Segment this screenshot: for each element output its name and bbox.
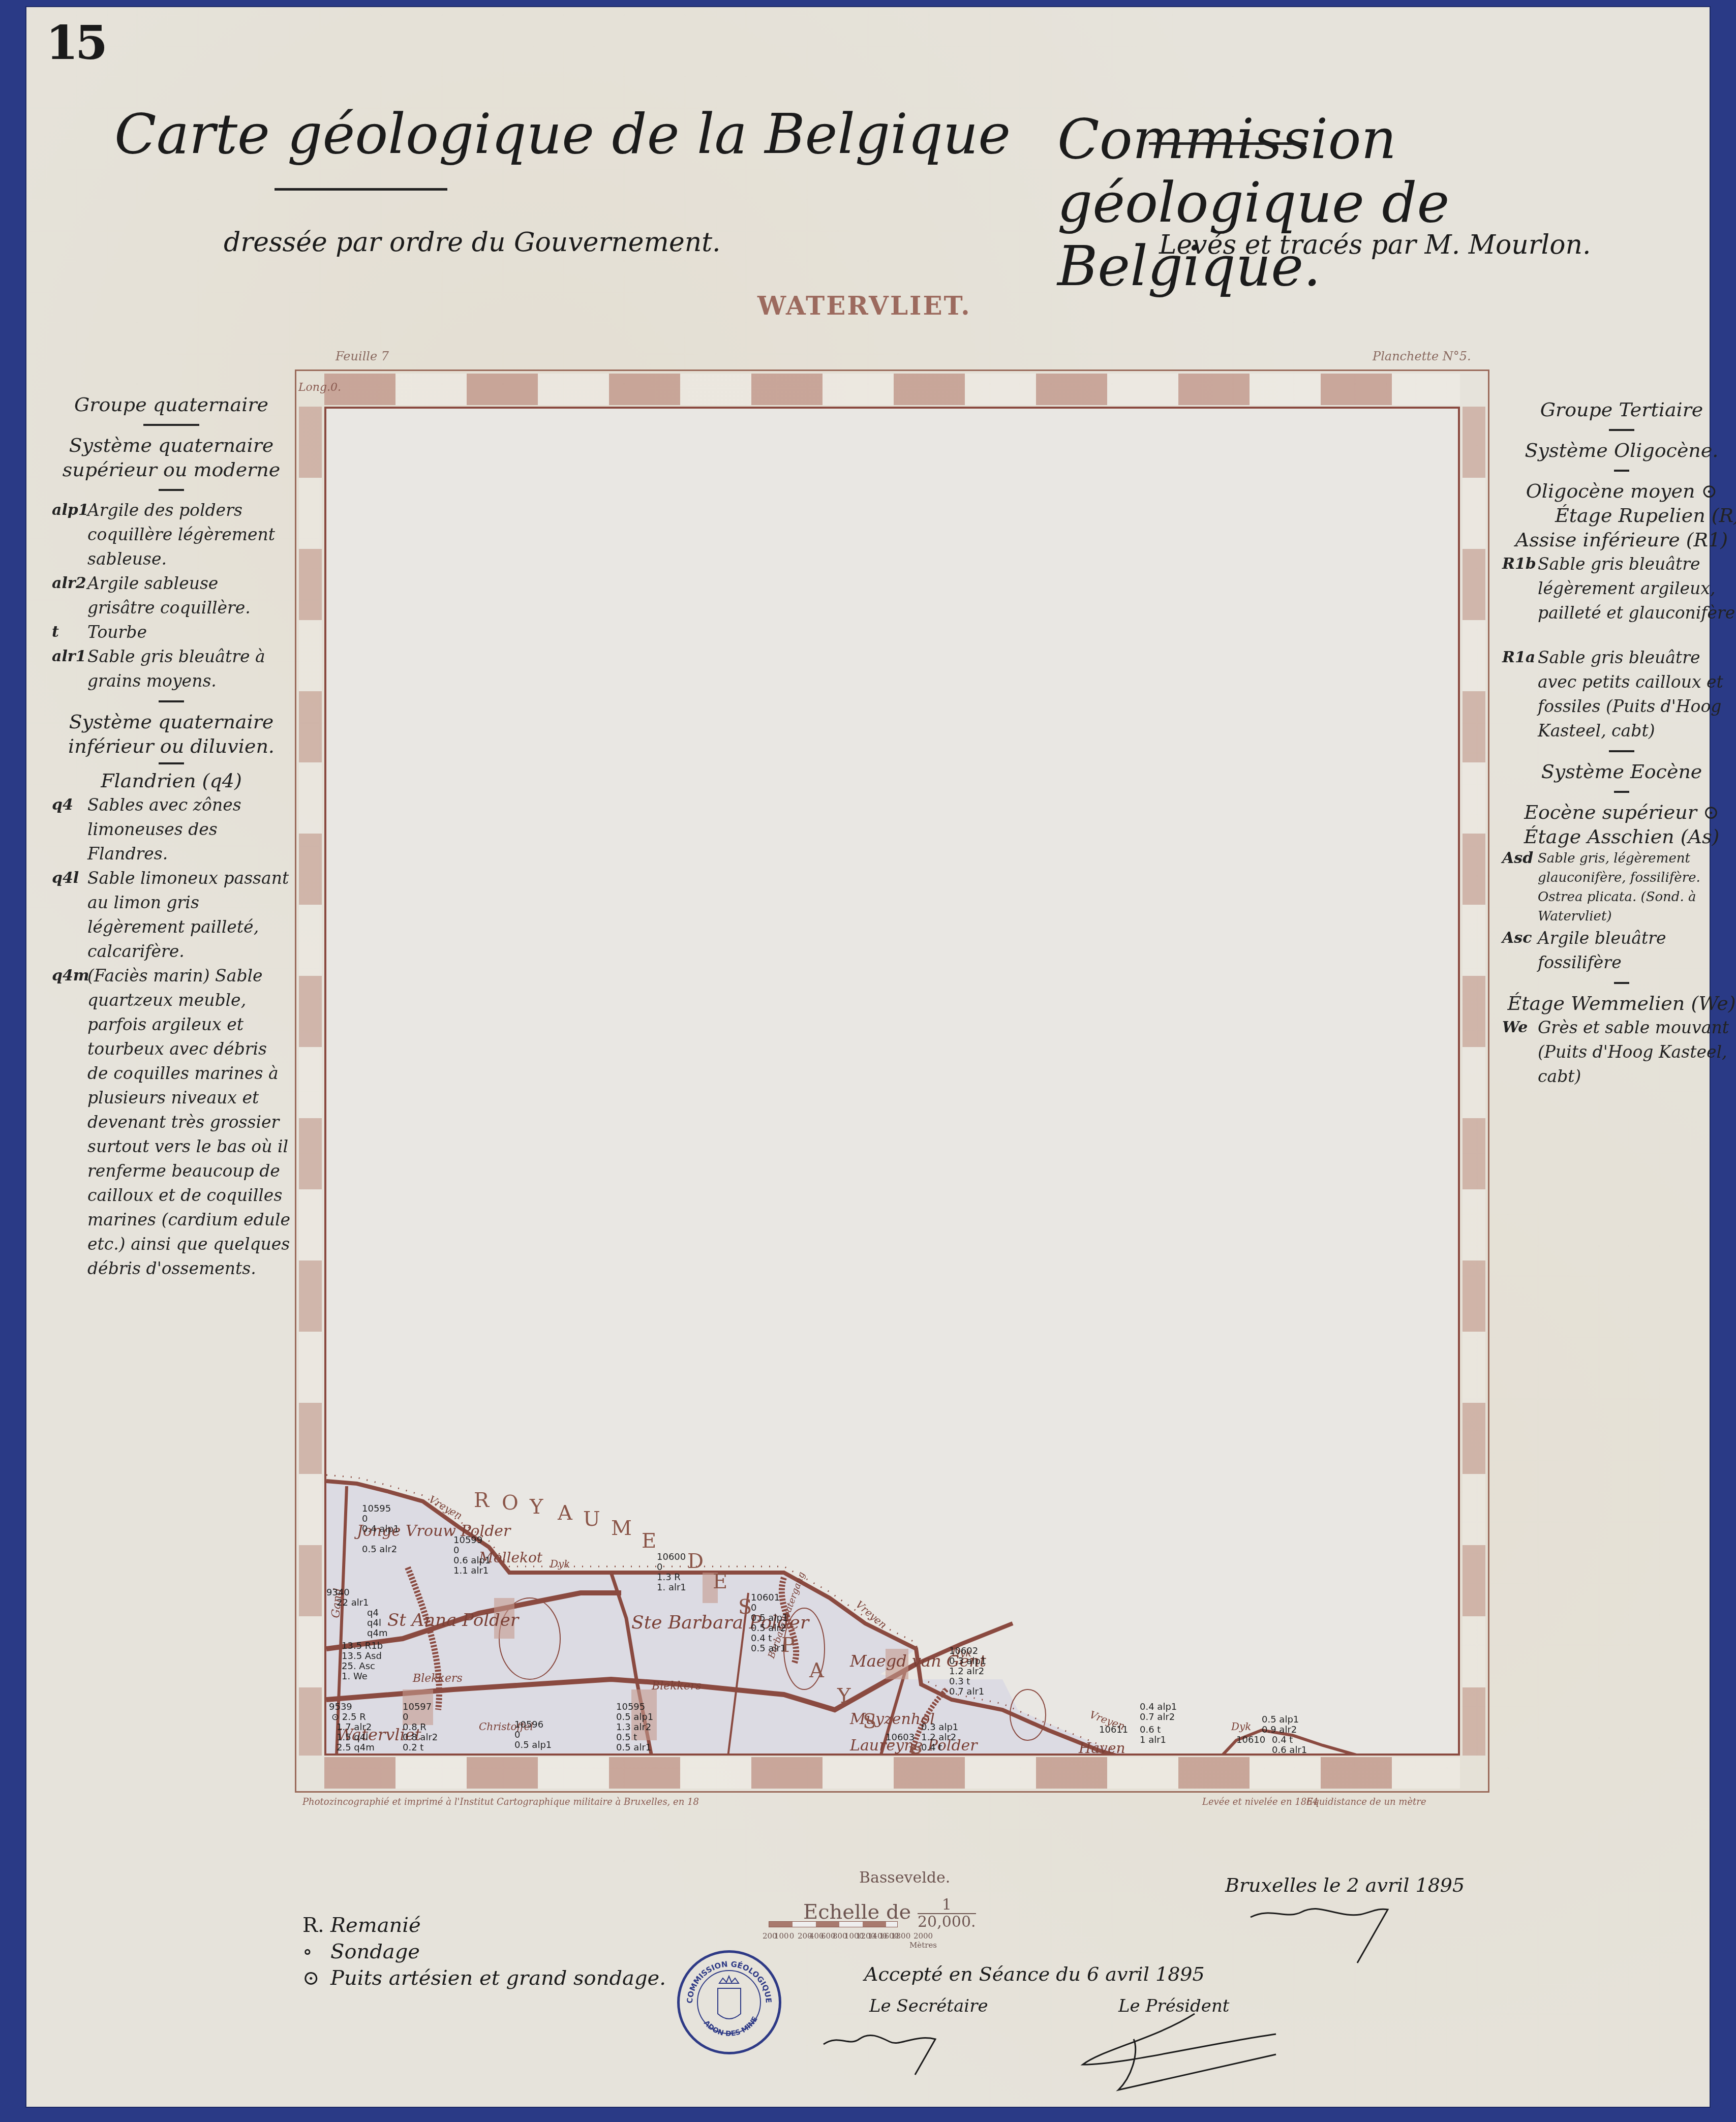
adjacent-sheet-bassevelde: Bassevelde. [859, 1869, 950, 1887]
svg-text:Dyk: Dyk [1231, 1720, 1251, 1733]
svg-text:0.5 alp1: 0.5 alp1 [514, 1740, 552, 1750]
survey-note: Levée et nivelée en 1864 [1202, 1797, 1318, 1807]
svg-text:1. We: 1. We [342, 1671, 368, 1682]
svg-text:0.5 alp1: 0.5 alp1 [1262, 1714, 1299, 1725]
legend-group-tertiaire: Groupe Tertiaire [1502, 397, 1736, 422]
legend-entry: alr1Sable gris bleuâtre à grains moyens. [52, 644, 291, 693]
legend-stage-asschien: Étage Asschien (As) [1502, 824, 1736, 849]
legend-divider [143, 424, 199, 426]
svg-text:25. Asc: 25. Asc [342, 1661, 375, 1672]
svg-text:0: 0 [362, 1514, 368, 1524]
legend-system-superieur: Système quaternaire supérieur ou moderne [52, 433, 291, 482]
svg-text:0.5 alp1: 0.5 alp1 [751, 1613, 788, 1623]
svg-text:1 alr1: 1 alr1 [1140, 1735, 1166, 1745]
legend-stage-rupelien: Étage Rupelien (R) [1502, 503, 1736, 528]
svg-text:0.5 alr2: 0.5 alr2 [751, 1623, 786, 1634]
legend-stage-flandrien: Flandrien (q4) [52, 768, 291, 793]
frame-graduation-bottom [324, 1757, 1460, 1789]
svg-text:1.1 alr1: 1.1 alr1 [453, 1565, 489, 1576]
legend-group-quaternaire: Groupe quaternaire [52, 392, 291, 417]
svg-text:0.8 R: 0.8 R [403, 1722, 427, 1733]
svg-text:9340: 9340 [326, 1587, 350, 1598]
legend-divider [1609, 750, 1634, 752]
map-frame: Long.0. [295, 370, 1489, 1793]
commission-stamp: COMMISSION GÉOLOGIQUE DE BELGIQUE ADON D… [677, 1950, 781, 2054]
accepted-date: Accepté en Séance du 6 avril 1895 [864, 1963, 1205, 1985]
country-label-royaume: R [474, 1489, 489, 1512]
svg-text:10597: 10597 [403, 1702, 432, 1712]
svg-text:Dyk: Dyk [550, 1558, 570, 1570]
president-signature [1073, 2009, 1286, 2095]
legend-entry: tTourbe [52, 620, 291, 644]
legend-entry: WeGrès et sable mouvant (Puits d'Hoog Ka… [1502, 1016, 1736, 1089]
svg-text:0.6 alp1: 0.6 alp1 [453, 1555, 491, 1566]
frame-graduation-right [1463, 407, 1485, 1756]
title-left-underline [275, 188, 447, 191]
svg-text:0.8 alr2: 0.8 alr2 [403, 1732, 438, 1743]
svg-text:10599: 10599 [453, 1535, 482, 1546]
feuille-label: Feuille 7 [336, 349, 389, 363]
svg-text:0.5 alr1: 0.5 alr1 [751, 1643, 786, 1654]
title-commission-geologique: Commission géologique de Belgique. [1057, 108, 1711, 298]
legend-entry: R1bSable gris bleuâtre légèrement argile… [1502, 552, 1736, 625]
svg-text:13.5 R1b: 13.5 R1b [342, 1641, 383, 1651]
svg-text:1.3 R: 1.3 R [657, 1572, 681, 1583]
frame-graduation-left [299, 407, 322, 1756]
equidistance-note: Equidistance de un mètre [1306, 1797, 1426, 1807]
scale-bar [769, 1921, 898, 1927]
right-legend: Groupe Tertiaire Système Oligocène. Olig… [1502, 397, 1736, 1089]
svg-text:1. alr1: 1. alr1 [657, 1582, 686, 1593]
svg-text:COMMISSION GÉOLOGIQUE DE BELGI: COMMISSION GÉOLOGIQUE DE BELGIQUE [680, 1953, 773, 2004]
svg-text:0.7 alr2: 0.7 alr2 [1140, 1712, 1175, 1723]
legend-puits-artesien: ⊙Puits artésien et grand sondage. [302, 1965, 666, 1991]
svg-text:10610: 10610 [1236, 1735, 1265, 1745]
scale-fraction: 1 20,000. [918, 1897, 976, 1930]
title-carte-geologique: Carte géologique de la Belgique [114, 103, 1011, 166]
svg-text:0.5 t: 0.5 t [616, 1732, 637, 1743]
svg-text:10600: 10600 [657, 1552, 686, 1562]
map-drawing: Jonge Vrouw Polder Mollekot St Anna Pold… [326, 409, 1460, 1756]
map-area[interactable]: Jonge Vrouw Polder Mollekot St Anna Pold… [324, 407, 1460, 1756]
svg-text:0.5 alp1: 0.5 alp1 [616, 1712, 653, 1723]
svg-text:0.5 alr1: 0.5 alr1 [616, 1742, 651, 1753]
svg-text:0.3 alp1: 0.3 alp1 [921, 1722, 958, 1733]
svg-text:q4l: q4l [367, 1618, 381, 1628]
legend-stage-wemmelien: Étage Wemmelien (We) [1502, 991, 1736, 1016]
legend-divider [1614, 982, 1629, 984]
svg-text:0.4 alp1: 0.4 alp1 [362, 1524, 399, 1534]
svg-text:10596: 10596 [514, 1719, 543, 1730]
legend-sondage: ∘Sondage [302, 1939, 666, 1965]
svg-text:Blekkers: Blekkers [412, 1672, 463, 1685]
svg-text:10602: 10602 [949, 1646, 978, 1656]
legend-entry: AsdSable gris, légèrement glauconifère, … [1502, 849, 1736, 926]
legend-entry: alp1Argile des polders coquillère légère… [52, 498, 291, 571]
legend-entry: q4m(Faciès marin) Sable quartzeux meuble… [52, 964, 291, 1281]
svg-text:Blekkers: Blekkers [651, 1680, 702, 1693]
svg-text:0.6 alr1: 0.6 alr1 [1272, 1745, 1307, 1756]
svg-text:22 alr1: 22 alr1 [337, 1597, 369, 1608]
svg-text:1.7 alr2: 1.7 alr2 [337, 1722, 372, 1733]
legend-divider [1614, 470, 1629, 472]
svg-text:9539: 9539 [329, 1702, 352, 1712]
symbol-legend: R.Remanié ∘Sondage ⊙Puits artésien et gr… [302, 1912, 666, 1991]
legend-system-eocene: Système Eocène [1502, 759, 1736, 784]
legend-divider [159, 762, 184, 764]
svg-text:q4: q4 [367, 1608, 379, 1618]
svg-text:St Anna Polder: St Anna Polder [387, 1610, 520, 1631]
svg-text:0.4 alp1: 0.4 alp1 [1140, 1702, 1177, 1712]
svg-text:0: 0 [657, 1562, 662, 1573]
stamp-text-ring: COMMISSION GÉOLOGIQUE DE BELGIQUE ADON D… [680, 1953, 779, 2052]
svg-text:0.3 t: 0.3 t [949, 1676, 970, 1687]
legend-divider [1609, 429, 1634, 431]
planchette-label: Planchette N°5. [1373, 349, 1471, 363]
map-sheet: 15 Carte géologique de la Belgique dress… [25, 6, 1711, 2108]
svg-text:0.2 t: 0.2 t [403, 1742, 423, 1753]
svg-text:1.2 alr2: 1.2 alr2 [921, 1732, 956, 1743]
legend-divider [1614, 791, 1629, 793]
svg-text:0: 0 [403, 1712, 408, 1723]
legend-entry: R1aSable gris bleuâtre avec petits caill… [1502, 645, 1736, 743]
svg-text:0: 0 [453, 1545, 459, 1556]
svg-text:0: 0 [514, 1730, 520, 1740]
secretary-signature [818, 2019, 951, 2080]
legend-system-inferieur: Système quaternaire inférieur ou diluvie… [52, 710, 291, 758]
legend-entry: q4Sables avec zônes limoneuses des Fland… [52, 793, 291, 866]
svg-text:13.5 Asd: 13.5 Asd [342, 1651, 382, 1662]
scale-ticks: 2001000200400600800100012001400160018002… [763, 1931, 943, 1950]
svg-text:⊙ 2.5 R: ⊙ 2.5 R [331, 1712, 366, 1723]
map-title: WATERVLIET. [757, 291, 971, 321]
legend-remanie: R.Remanié [302, 1912, 666, 1939]
author-signature [1245, 1897, 1398, 1968]
subtitle-right: Levés et tracés par M. Mourlon. [1159, 230, 1591, 260]
svg-text:10595: 10595 [616, 1702, 645, 1712]
svg-text:q4m: q4m [367, 1628, 387, 1639]
corner-coordinates: Long.0. [298, 381, 341, 394]
printer-note: Photozincographié et imprimé à l'Institu… [302, 1797, 699, 1807]
legend-oligocene-moyen: Oligocène moyen ⊙ [1502, 479, 1736, 503]
svg-text:1.3 alr2: 1.3 alr2 [616, 1722, 651, 1733]
legend-divider [159, 700, 184, 702]
sheet-number: 15 [46, 15, 105, 70]
legend-entry: q4lSable limoneux passant au limon gris … [52, 866, 291, 964]
svg-text:10601: 10601 [751, 1592, 780, 1603]
legend-divider [159, 489, 184, 491]
place-date: Bruxelles le 2 avril 1895 [1225, 1874, 1465, 1896]
title-right-underline [1149, 142, 1306, 145]
frame-graduation-top [324, 374, 1460, 405]
svg-text:0.7 alr1: 0.7 alr1 [949, 1686, 984, 1697]
svg-text:0.4 t: 0.4 t [751, 1633, 772, 1644]
secretary-label: Le Secrétaire [869, 1996, 988, 2016]
svg-text:0.3 alp1: 0.3 alp1 [949, 1656, 986, 1667]
svg-text:1.5 q4l: 1.5 q4l [337, 1732, 368, 1743]
subtitle-left: dressée par ordre du Gouvernement. [224, 227, 721, 258]
svg-text:2.5 q4m: 2.5 q4m [337, 1742, 375, 1753]
legend-assise-inferieure: Assise inférieure (R1) [1502, 528, 1736, 552]
legend-entry: alr2Argile sableuse grisâtre coquillère. [52, 571, 291, 620]
legend-entry: AscArgile bleuâtre fossilifère [1502, 926, 1736, 975]
svg-text:0.4 t: 0.4 t [1272, 1735, 1293, 1745]
svg-text:0.5 alr2: 0.5 alr2 [362, 1544, 397, 1555]
legend-eocene-superieur: Eocène supérieur ⊙ [1502, 800, 1736, 824]
svg-text:0.9 alr2: 0.9 alr2 [1262, 1725, 1297, 1735]
svg-text:10611: 10611 [1099, 1725, 1128, 1735]
left-legend: Groupe quaternaire Système quaternaire s… [52, 392, 291, 1281]
legend-system-oligocene: Système Oligocène. [1502, 438, 1736, 463]
svg-text:1.2 alr2: 1.2 alr2 [949, 1666, 984, 1677]
svg-text:0.4 t: 0.4 t [921, 1742, 942, 1753]
svg-text:Haven: Haven [1078, 1740, 1125, 1756]
svg-text:10595: 10595 [362, 1503, 391, 1514]
svg-text:0.6 t: 0.6 t [1140, 1725, 1161, 1735]
